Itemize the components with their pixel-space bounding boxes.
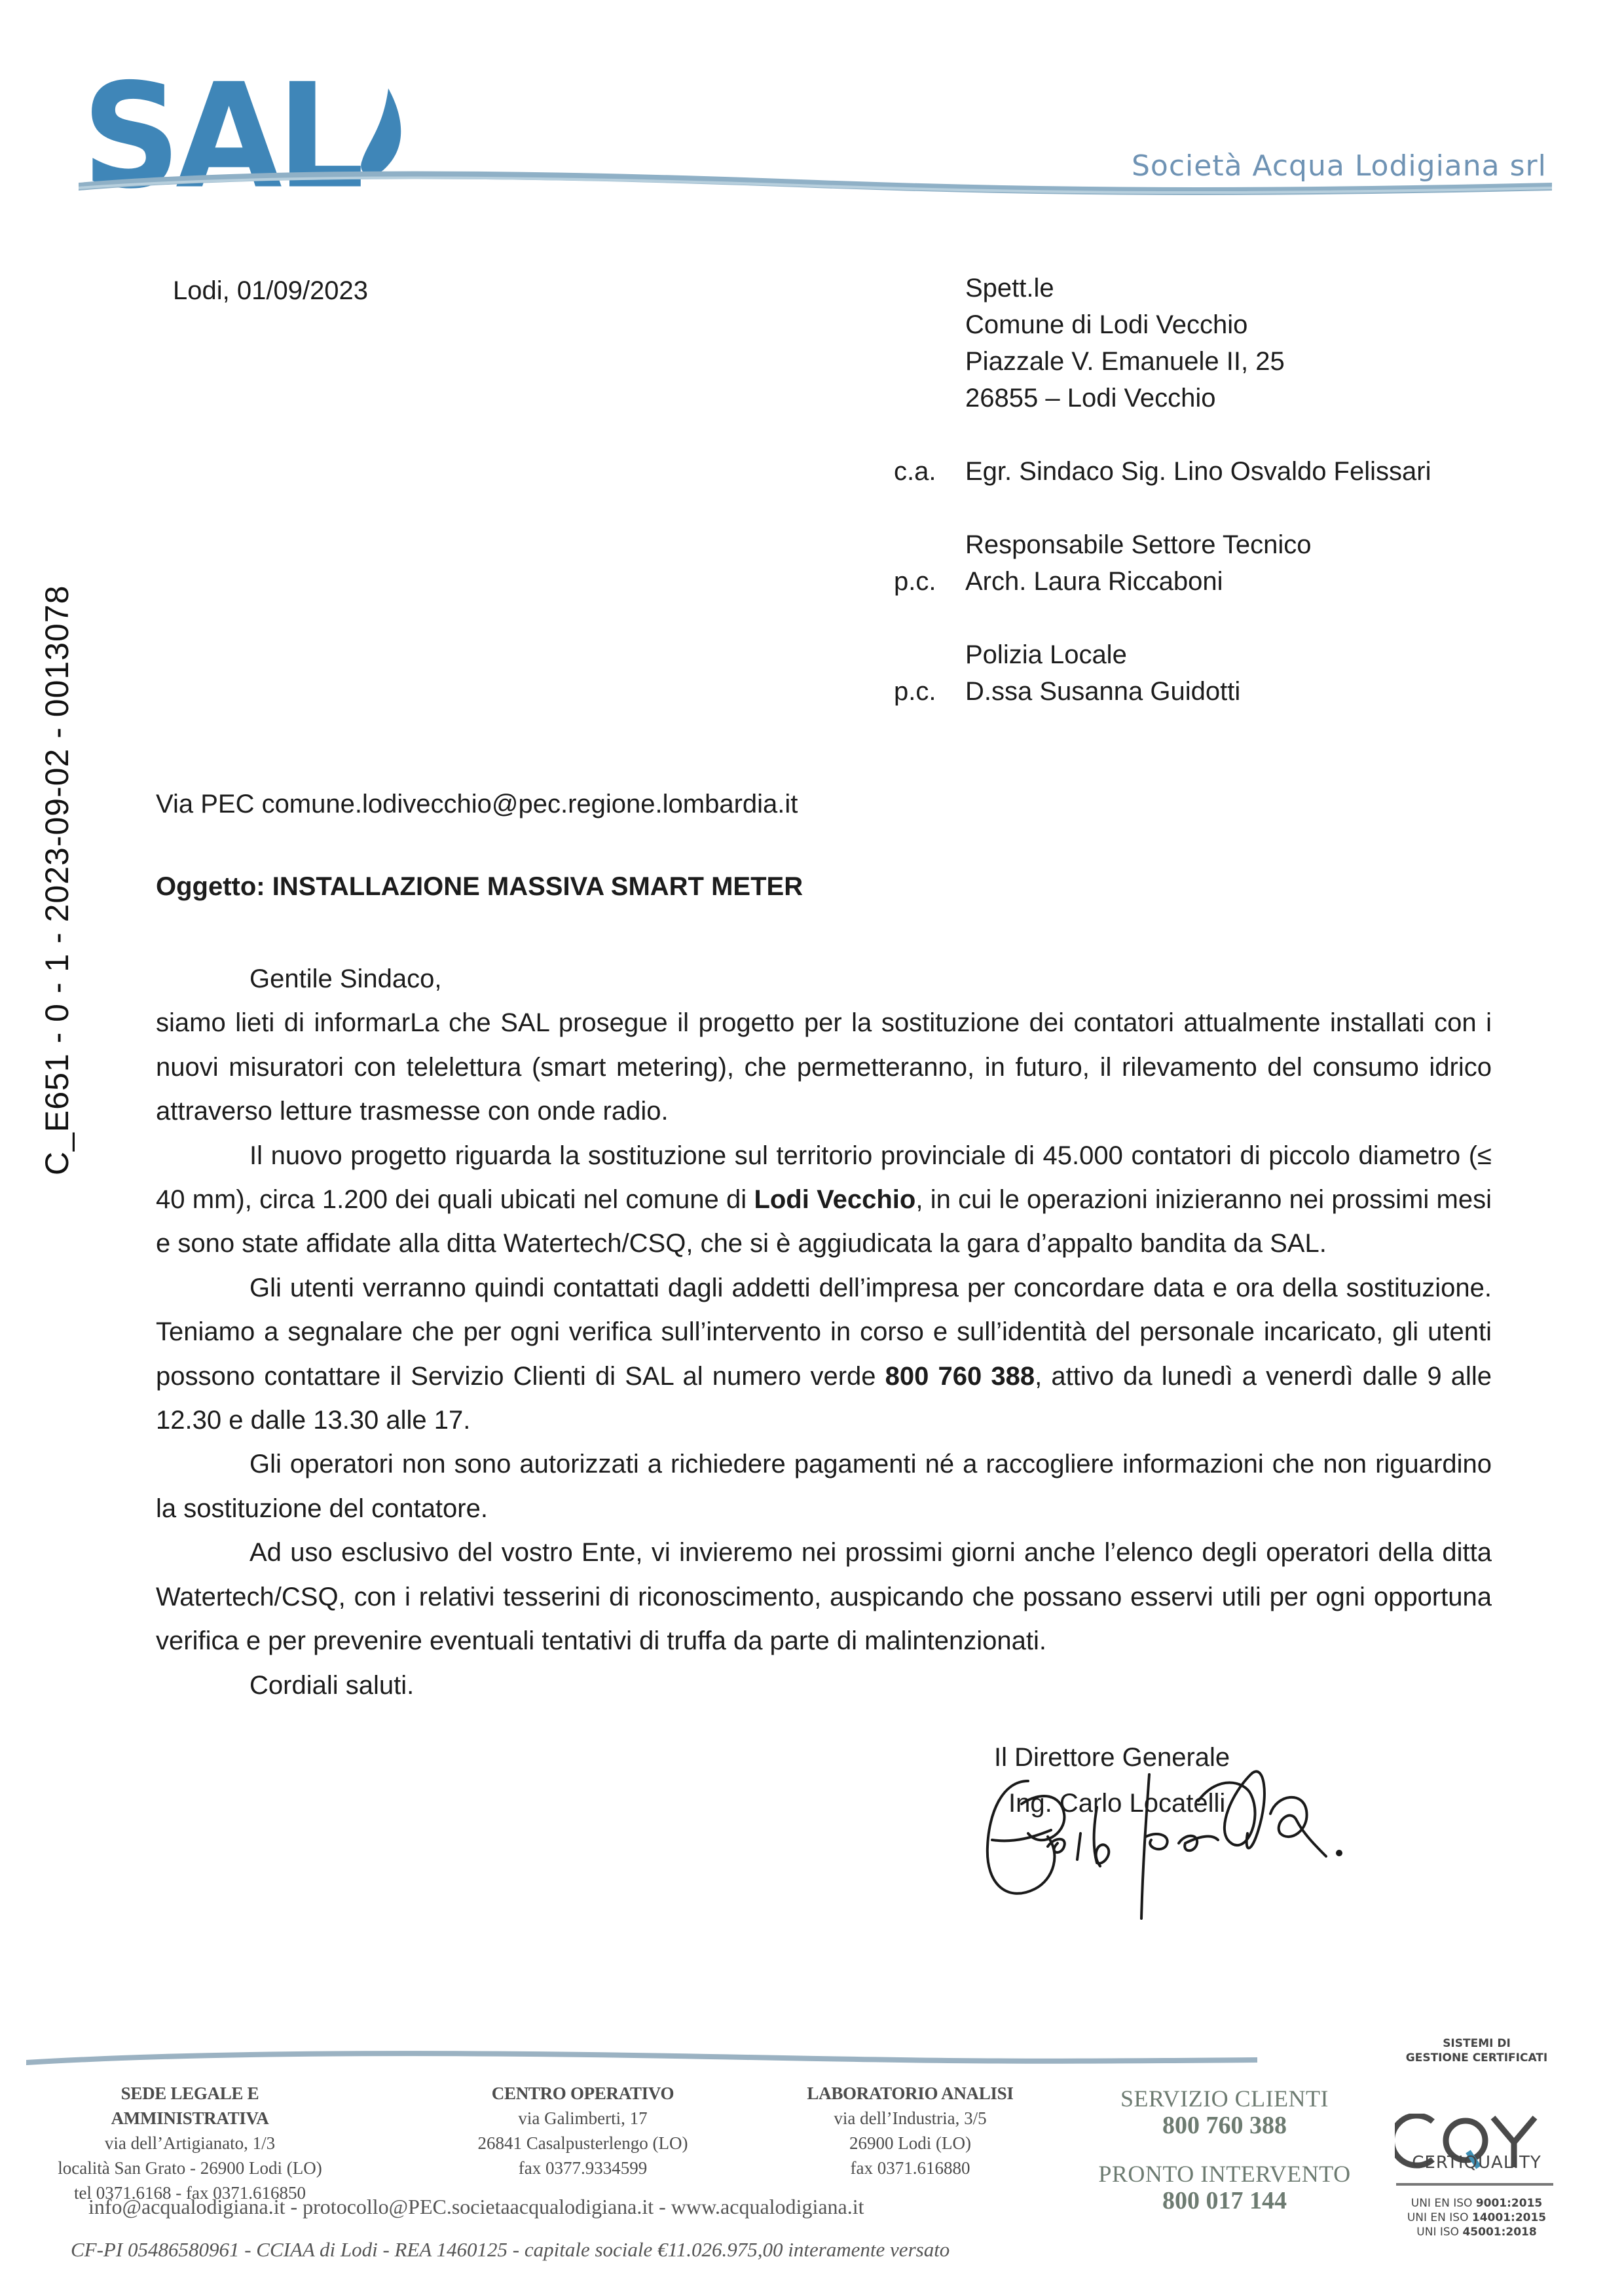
subject-text: INSTALLAZIONE MASSIVA SMART METER xyxy=(272,872,803,901)
hotline-emergency: PRONTO INTERVENTO 800 017 144 xyxy=(1067,2161,1382,2214)
cc-label: p.c. xyxy=(894,673,936,710)
attention-label: c.a. xyxy=(894,453,936,490)
office-title: LABORATORIO ANALISI xyxy=(773,2081,1048,2106)
cc-label: p.c. xyxy=(894,563,936,600)
certification-heading-line: SISTEMI DI xyxy=(1395,2036,1559,2051)
protocol-stamp: C_E651 - 0 - 1 - 2023-09-02 - 0013078 xyxy=(38,585,76,1175)
paragraph-1: siamo lieti di informarLa che SAL proseg… xyxy=(156,1001,1492,1133)
iso-standard: UNI ISO 45001:2018 xyxy=(1395,2225,1559,2239)
cc-police-officer: D.ssa Susanna Guidotti xyxy=(965,673,1240,710)
hotline-number: 800 760 388 xyxy=(1067,2112,1382,2139)
paragraph-4: Gli operatori non sono autorizzati a ric… xyxy=(156,1442,1492,1531)
hotline-label: PRONTO INTERVENTO xyxy=(1067,2161,1382,2187)
cc-technical-office: Responsabile Settore Tecnico xyxy=(965,526,1311,563)
footer-office-operations: CENTRO OPERATIVO via Galimberti, 17 2684… xyxy=(445,2081,720,2180)
certification-standards: UNI EN ISO 9001:2015 UNI EN ISO 14001:20… xyxy=(1395,2196,1559,2239)
certification-brand: CERTIQUALITY xyxy=(1395,2153,1559,2173)
footer-wave-line xyxy=(26,2043,1257,2076)
paragraph-2: Il nuovo progetto riguarda la sostituzio… xyxy=(156,1134,1492,1266)
cc-technical-officer: Arch. Laura Riccaboni xyxy=(965,563,1223,600)
hotline-label: SERVIZIO CLIENTI xyxy=(1067,2085,1382,2112)
iso-standard: UNI EN ISO 9001:2015 xyxy=(1395,2196,1559,2211)
recipient-city: 26855 – Lodi Vecchio xyxy=(965,380,1216,416)
footer-office-headquarters: SEDE LEGALE E AMMINISTRATIVA via dell’Ar… xyxy=(52,2081,327,2205)
place-date: Lodi, 01/09/2023 xyxy=(173,272,368,309)
office-line: fax 0377.9334599 xyxy=(445,2156,720,2180)
certification-divider xyxy=(1396,2183,1553,2186)
recipient-salutation: Spett.le xyxy=(965,270,1054,306)
subject-line: Oggetto: INSTALLAZIONE MASSIVA SMART MET… xyxy=(156,868,803,905)
paragraph-5: Ad uso esclusivo del vostro Ente, vi inv… xyxy=(156,1531,1492,1663)
office-line: via dell’Artigianato, 1/3 xyxy=(52,2131,327,2156)
office-line: fax 0371.616880 xyxy=(773,2156,1048,2180)
closing: Cordiali saluti. xyxy=(156,1664,1492,1708)
office-line: via Galimberti, 17 xyxy=(445,2106,720,2131)
greeting: Gentile Sindaco, xyxy=(156,957,1492,1001)
hotline-number: 800 017 144 xyxy=(1067,2187,1382,2214)
handwritten-signature xyxy=(982,1755,1349,1925)
office-title: CENTRO OPERATIVO xyxy=(445,2081,720,2106)
office-line: località San Grato - 26900 Lodi (LO) xyxy=(52,2156,327,2180)
office-title: SEDE LEGALE E AMMINISTRATIVA xyxy=(52,2081,327,2131)
footer-office-laboratory: LABORATORIO ANALISI via dell’Industria, … xyxy=(773,2081,1048,2180)
via-pec: Via PEC comune.lodivecchio@pec.regione.l… xyxy=(156,786,798,822)
cc-police: Polizia Locale xyxy=(965,636,1127,673)
recipient-address: Piazzale V. Emanuele II, 25 xyxy=(965,343,1285,380)
water-drop-icon xyxy=(361,88,401,175)
hotline-customer-service: SERVIZIO CLIENTI 800 760 388 xyxy=(1067,2085,1382,2139)
municipality-bold: Lodi Vecchio xyxy=(754,1185,915,1214)
footer-legal-info: CF-PI 05486580961 - CCIAA di Lodi - REA … xyxy=(71,2238,950,2262)
office-line: 26841 Casalpusterlengo (LO) xyxy=(445,2131,720,2156)
attention-mayor: Egr. Sindaco Sig. Lino Osvaldo Felissari xyxy=(965,453,1431,490)
footer-contacts: info@acqualodigiana.it - protocollo@PEC.… xyxy=(88,2195,864,2219)
office-line: 26900 Lodi (LO) xyxy=(773,2131,1048,2156)
toll-free-number: 800 760 388 xyxy=(885,1362,1035,1391)
letter-body: Gentile Sindaco, siamo lieti di informar… xyxy=(156,957,1492,1708)
recipient-name: Comune di Lodi Vecchio xyxy=(965,306,1247,343)
paragraph-3: Gli utenti verranno quindi contattati da… xyxy=(156,1266,1492,1443)
iso-standard: UNI EN ISO 14001:2015 xyxy=(1395,2211,1559,2225)
certification-heading: SISTEMI DI GESTIONE CERTIFICATI xyxy=(1395,2036,1559,2065)
certiquality-logo-icon xyxy=(1395,2114,1559,2186)
subject-label: Oggetto: xyxy=(156,872,265,901)
office-line: via dell’Industria, 3/5 xyxy=(773,2106,1048,2131)
company-name: Società Acqua Lodigiana srl xyxy=(1132,149,1547,183)
certification-heading-line: GESTIONE CERTIFICATI xyxy=(1395,2051,1559,2065)
